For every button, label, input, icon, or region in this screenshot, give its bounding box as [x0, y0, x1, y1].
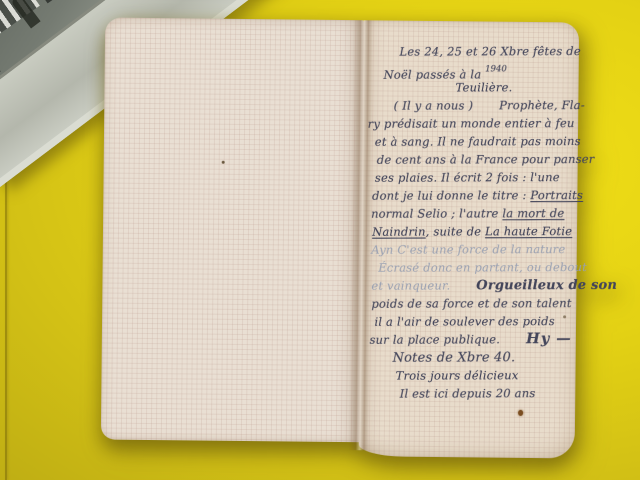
handwriting-line: ses plaies. Il écrit 2 fois : l'une: [375, 168, 575, 187]
handwriting-text-underlined: la mort de: [502, 206, 564, 220]
handwriting-text: Ayn C'est une force de la nature: [371, 242, 565, 257]
handwriting-line: Les 24, 25 et 26 Xbre fêtes de: [399, 42, 574, 61]
handwriting-line: de cent ans à la France pour panser: [377, 150, 575, 169]
handwriting-text: sur la place publique.: [369, 332, 500, 346]
handwriting-line: ( Il y a nous )Prophète, Fla-: [394, 96, 575, 115]
handwriting-text: Écrasé donc en partant, ou debout: [378, 260, 587, 275]
notebook-page-right: Les 24, 25 et 26 Xbre fêtes de Noël pass…: [359, 20, 580, 458]
handwriting-line: Notes de Xbre 40.: [393, 348, 576, 367]
handwritten-note: Les 24, 25 et 26 Xbre fêtes de Noël pass…: [367, 42, 575, 403]
handwriting-text-underlined: La haute Fotie: [485, 224, 572, 238]
handwriting-text: ( Il y a nous ): [394, 98, 474, 112]
paper-speck: [222, 161, 225, 164]
handwriting-heading: Notes de Xbre 40.: [393, 350, 516, 365]
handwriting-text: et vainqueur.: [371, 278, 450, 292]
handwriting-line: Il est ici depuis 20 ans: [400, 384, 576, 403]
handwriting-line: Teuilière.: [456, 78, 575, 96]
handwriting-text: Teuilière.: [456, 80, 513, 94]
handwriting-line: dont je lui donne le titre : Portraits: [372, 186, 575, 205]
handwriting-line-faded: Ayn C'est une force de la nature: [371, 240, 575, 259]
paper-speck: [563, 315, 566, 318]
handwriting-text: Prophète, Fla-: [499, 98, 585, 112]
handwriting-text: et à sang. Il ne faudrait pas moins: [375, 134, 581, 149]
handwriting-line: il a l'air de soulever des poids: [374, 312, 575, 331]
handwriting-line-faded: Écrasé donc en partant, ou debout: [378, 258, 575, 277]
handwriting-text: il a l'air de soulever des poids: [374, 314, 554, 329]
handwriting-text-underlined: Naindrin: [372, 225, 426, 239]
handwriting-line: poids de sa force et de son talent: [371, 294, 575, 313]
handwriting-text: Les 24, 25 et 26 Xbre fêtes de: [399, 44, 580, 59]
handwriting-text-bold: Orgueilleux de son: [476, 278, 617, 293]
handwriting-line: et vainqueur.Orgueilleux de son: [371, 276, 575, 295]
handwriting-text: normal Selio ; l'autre: [371, 206, 499, 220]
handwriting-line: sur la place publique.Hy —: [369, 330, 575, 349]
handwriting-year: 1940: [485, 64, 507, 74]
handwriting-text: ry prédisait un monde entier à feu: [368, 116, 575, 131]
handwriting-line: Trois jours délicieux: [396, 366, 576, 385]
paper-stain-dot: [518, 410, 523, 416]
handwriting-text: Il est ici depuis 20 ans: [400, 386, 536, 400]
handwriting-line: et à sang. Il ne faudrait pas moins: [375, 132, 575, 151]
desk-surface: Les 24, 25 et 26 Xbre fêtes de Noël pass…: [0, 0, 640, 480]
handwriting-line: Naindrin, suite de La haute Fotie: [372, 222, 575, 241]
notebook-page-left-blank: [101, 18, 363, 443]
handwriting-text: poids de sa force et de son talent: [371, 296, 571, 311]
handwriting-text: de cent ans à la France pour panser: [377, 152, 595, 167]
handwriting-line: ry prédisait un monde entier à feu: [368, 114, 575, 133]
handwriting-signature: Hy —: [526, 330, 572, 347]
handwriting-line: normal Selio ; l'autre la mort de: [371, 204, 575, 223]
notebook: Les 24, 25 et 26 Xbre fêtes de Noël pass…: [101, 18, 579, 445]
handwriting-line: Noël passés à la 1940: [384, 60, 575, 79]
handwriting-text: , suite de: [426, 224, 482, 238]
handwriting-text: dont je lui donne le titre :: [372, 188, 527, 203]
handwriting-text: ses plaies. Il écrit 2 fois : l'une: [375, 170, 560, 185]
handwriting-text: Trois jours délicieux: [396, 368, 519, 382]
handwriting-text-underlined: Portraits: [530, 188, 583, 202]
